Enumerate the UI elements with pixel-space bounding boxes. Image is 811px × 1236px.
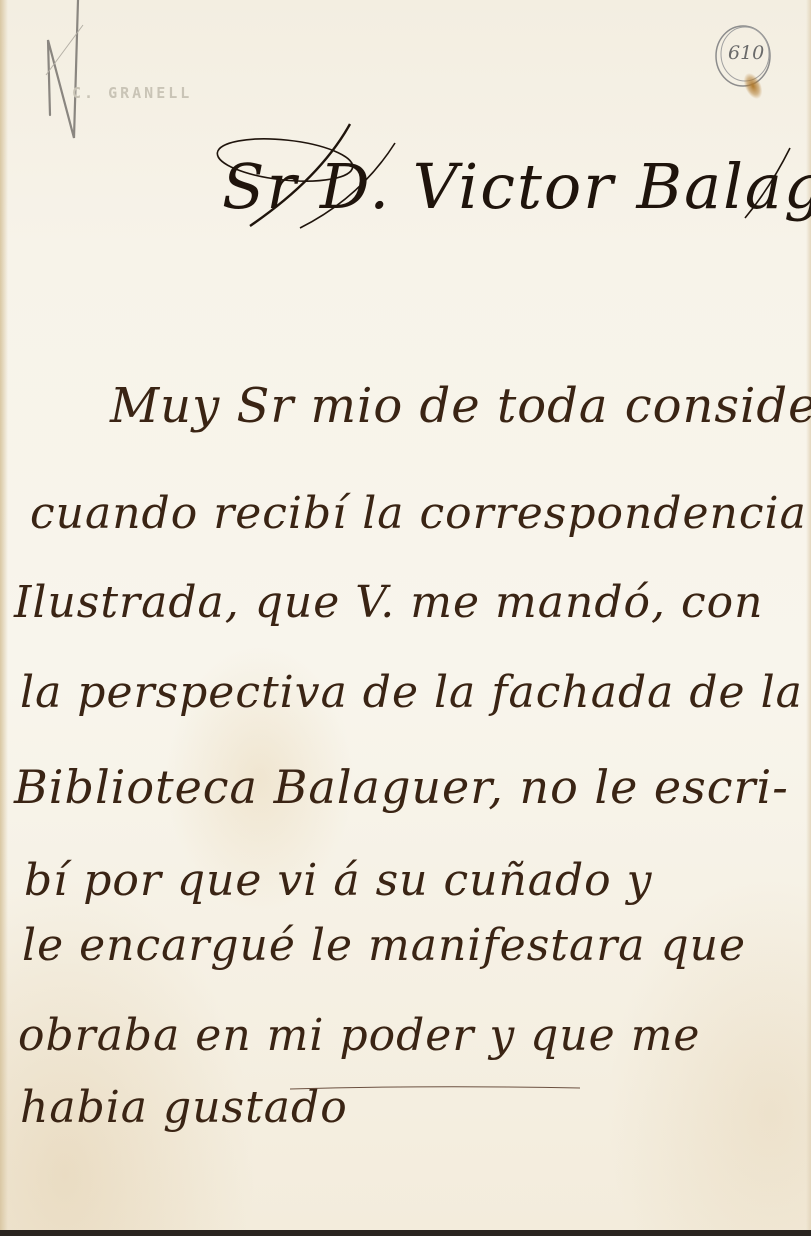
letter-line-2: cuando recibí la correspondencia [30, 488, 807, 539]
letter-line-4: la perspectiva de la fachada de la [20, 667, 803, 718]
letter-line-1: Muy Sr mio de toda consideración: [110, 378, 811, 434]
letter-line-6: bí por que vi á su cuñado y [24, 855, 653, 906]
scan-border-bottom [0, 1230, 811, 1236]
letter-page: C. GRANELL 610 Sr D. Victor Balaguer Muy… [0, 0, 811, 1236]
paper-edge-left [0, 0, 8, 1236]
letter-line-3: Ilustrada, que V. me mandó, con [14, 577, 763, 628]
letter-line-8: obraba en mi poder y que me [18, 1010, 700, 1061]
stamp-text: C. GRANELL [72, 84, 192, 102]
folio-number: 610 [728, 42, 764, 64]
letter-line-5: Biblioteca Balaguer, no le escri- [14, 760, 789, 814]
letter-line-7: le encargué le manifestara que [22, 920, 746, 971]
line-flourish-icon [290, 1085, 580, 1091]
letter-addressee: Sr D. Victor Balaguer [222, 150, 811, 223]
pencil-n-mark-icon [38, 0, 98, 145]
